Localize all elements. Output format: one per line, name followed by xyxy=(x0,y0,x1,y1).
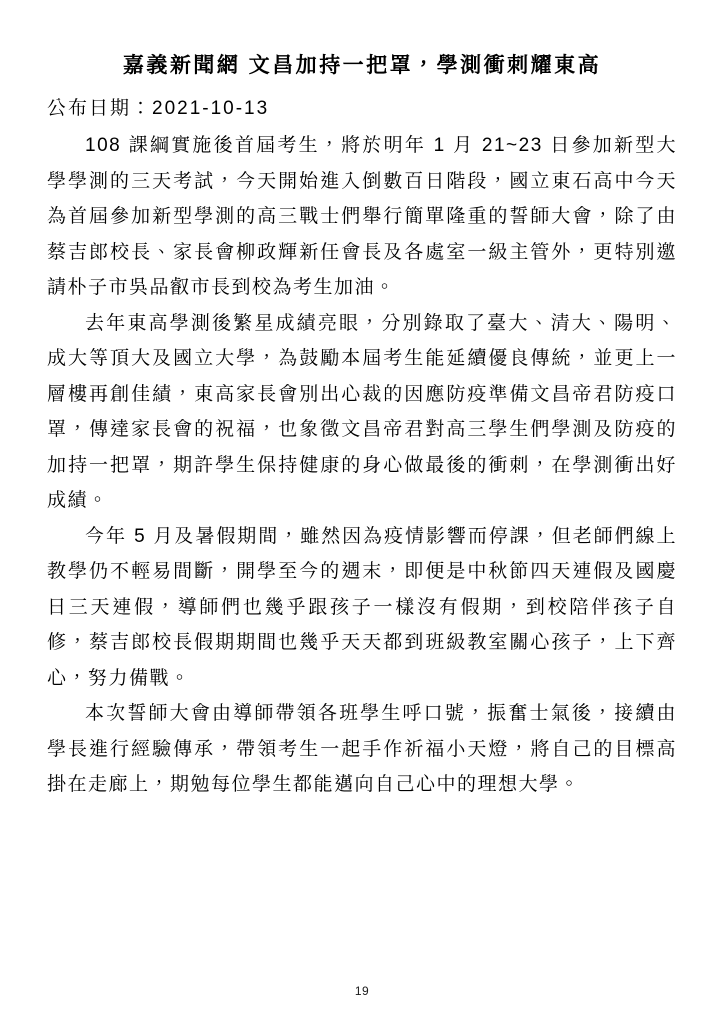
page-title: 嘉義新聞網 文昌加持一把罩，學測衝刺耀東高 xyxy=(47,52,677,79)
paragraph: 108 課綱實施後首屆考生，將於明年 1 月 21~23 日參加新型大學學測的三… xyxy=(47,128,677,306)
paragraph: 今年 5 月及暑假期間，雖然因為疫情影響而停課，但老師們線上教學仍不輕易間斷，開… xyxy=(47,519,677,697)
page-number: 19 xyxy=(0,984,724,998)
document-page: 嘉義新聞網 文昌加持一把罩，學測衝刺耀東高 公布日期：2021-10-13 10… xyxy=(0,0,724,1024)
body-text: 108 課綱實施後首屆考生，將於明年 1 月 21~23 日參加新型大學學測的三… xyxy=(47,128,677,803)
publish-date-line: 公布日期：2021-10-13 xyxy=(47,91,677,126)
paragraph: 去年東高學測後繁星成績亮眼，分別錄取了臺大、清大、陽明、成大等頂大及國立大學，為… xyxy=(47,306,677,519)
paragraph: 本次誓師大會由導師帶領各班學生呼口號，振奮士氣後，接續由學長進行經驗傳承，帶領考… xyxy=(47,696,677,803)
